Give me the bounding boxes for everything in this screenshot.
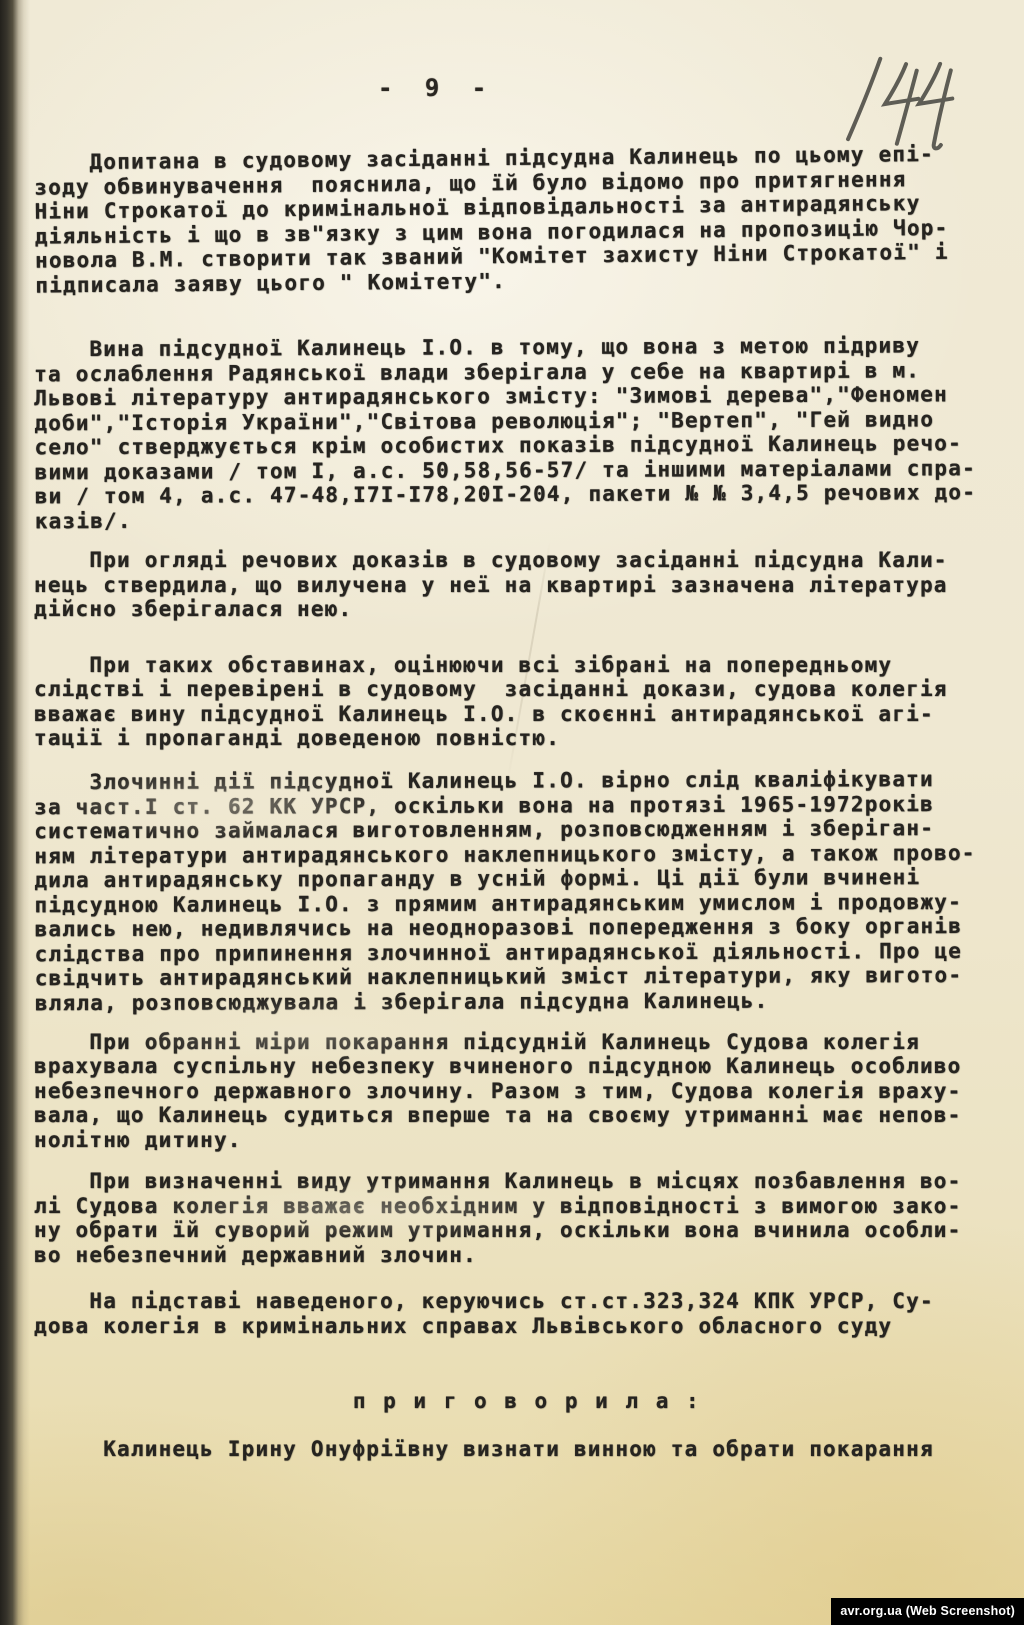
verdict-heading: п р и г о в о р и л а : xyxy=(34,1389,1020,1414)
paragraph-testimony: Допитана в судовому засіданні підсудна К… xyxy=(34,141,1021,297)
paragraph-punishment-considerations: При обранні міри покарання підсудній Кал… xyxy=(34,1030,1020,1153)
paragraph-court-conclusion: При таких обставинах, оцінюючи всі зібра… xyxy=(34,653,1020,751)
paragraph-evidence-review: При огляді речових доказів в судовому за… xyxy=(34,548,1020,622)
paragraph-verdict-opening: Калинець Ірину Онуфріївну визнати винною… xyxy=(34,1437,1020,1462)
watermark-label: avr.org.ua (Web Screenshot) xyxy=(831,1598,1024,1625)
paragraph-guilt-evidence: Вина підсудної Калинець І.О. в тому, що … xyxy=(34,333,1021,533)
page-number: - 9 - xyxy=(378,74,495,102)
document-text-block: Допитана в судовому засіданні підсудна К… xyxy=(34,150,1020,1461)
scanned-court-document-page: { "page": { "number_label": "- 9 -", "ha… xyxy=(0,0,1024,1625)
paragraph-qualification: Злочинні дії підсудної Калинець І.О. вір… xyxy=(34,766,1021,1014)
paragraph-legal-basis: На підставі наведеного, керуючись ст.ст.… xyxy=(34,1289,1020,1338)
scan-left-edge-shadow xyxy=(0,0,30,1625)
paragraph-detention-regime: При визначенні виду утримання Калинець в… xyxy=(34,1169,1020,1267)
